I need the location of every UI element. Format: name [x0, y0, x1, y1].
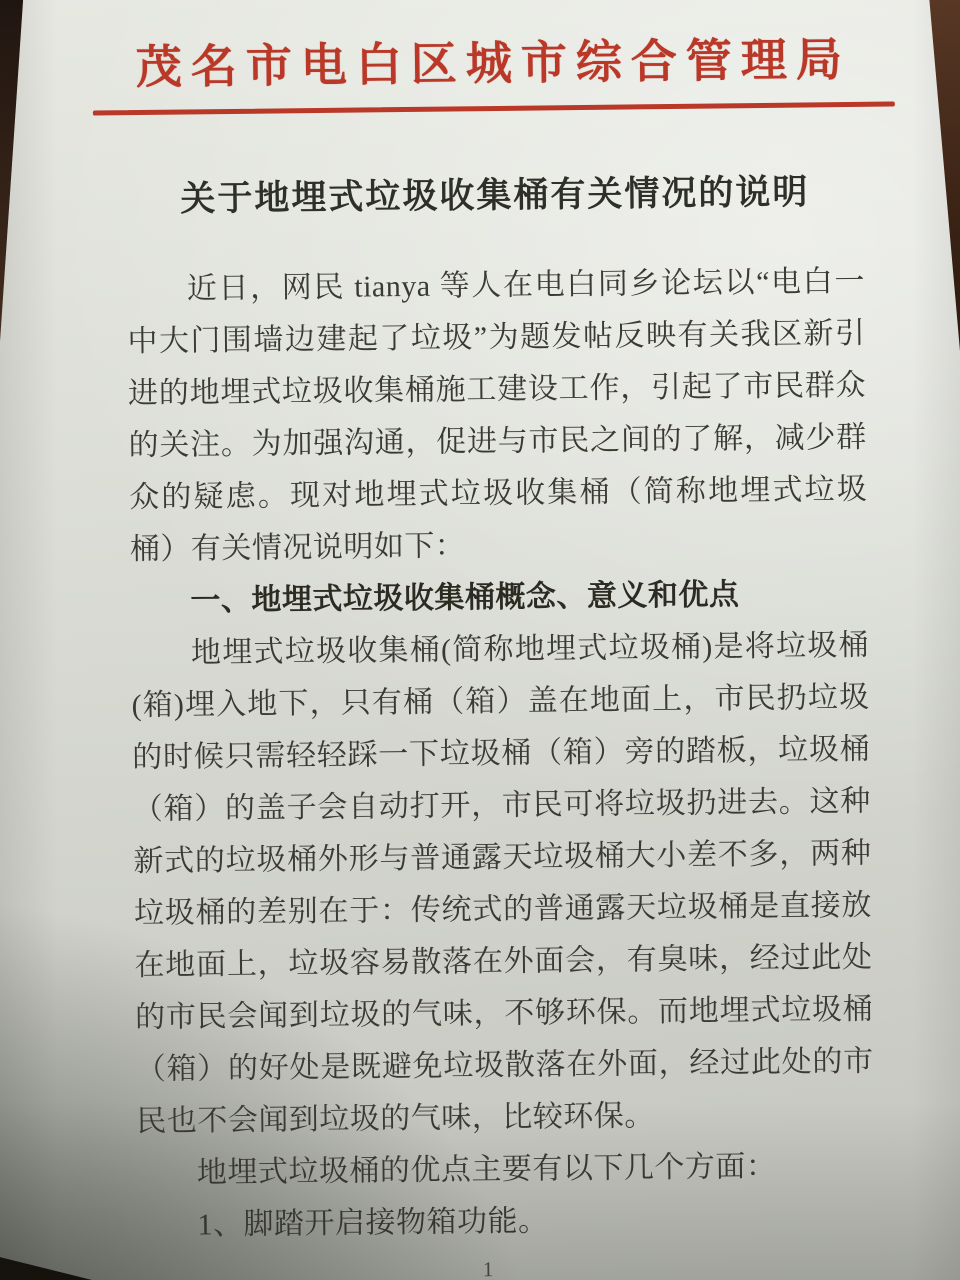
body-paragraph: 近日，网民 tianya 等人在电白同乡论坛以“电白一中大门围墙边建起了垃圾”为…: [127, 256, 868, 576]
page-number: 1: [119, 1253, 857, 1280]
document-title: 关于地埋式垃圾收集桶有关情况的说明: [126, 164, 865, 222]
section-heading: 一、地埋式垃圾收集桶概念、意义和优点: [130, 568, 869, 628]
agency-header: 茂名市电白区城市综合管理局: [124, 23, 863, 97]
body-paragraph: 地埋式垃圾桶的优点主要有以下几个方面：: [137, 1140, 876, 1200]
desk-corner-top-right: [926, 0, 960, 362]
header-divider-line: [93, 101, 895, 115]
desk-corner-top-left: [0, 0, 42, 352]
body-paragraph: 地埋式垃圾收集桶(简称地埋式垃圾桶)是将垃圾桶(箱)埋入地下，只有桶（箱）盖在地…: [131, 620, 875, 1148]
document-photo: 茂名市电白区城市综合管理局 关于地埋式垃圾收集桶有关情况的说明 近日，网民 ti…: [0, 0, 960, 1280]
body-paragraph: 1、脚踏开启接物箱功能。: [137, 1192, 876, 1252]
desk-corner-bottom-left: [0, 1254, 92, 1280]
document-body: 近日，网民 tianya 等人在电白同乡论坛以“电白一中大门围墙边建起了垃圾”为…: [127, 256, 876, 1252]
document-content: 茂名市电白区城市综合管理局 关于地埋式垃圾收集桶有关情况的说明 近日，网民 ti…: [124, 0, 876, 1280]
